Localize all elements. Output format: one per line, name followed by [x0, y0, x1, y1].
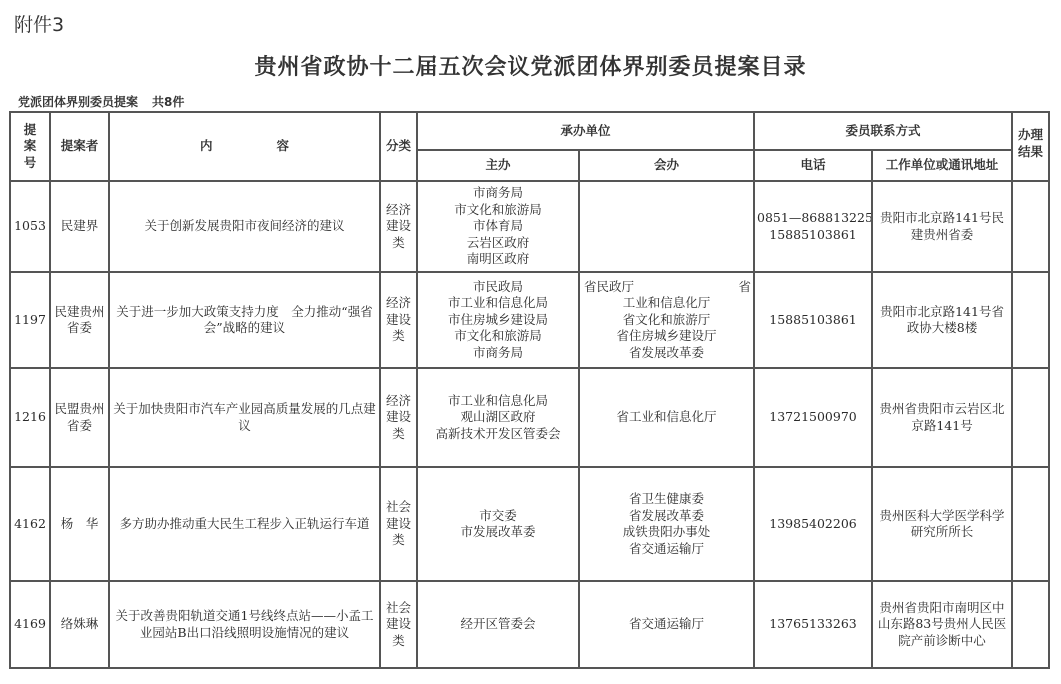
- lead-unit: 经开区管委会: [420, 616, 576, 633]
- phone-line: 15885103861: [757, 227, 869, 244]
- header-contact: 委员联系方式: [754, 112, 1012, 150]
- proposer: 民盟贵州 省委: [50, 368, 109, 467]
- header-content-left: 内: [200, 138, 213, 153]
- header-address: 工作单位或通讯地址: [872, 150, 1012, 181]
- address-line: 院产前诊断中心: [875, 633, 1009, 650]
- lead-units: 市民政局 市工业和信息化局 市住房城乡建设局 市文化和旅游局 市商务局: [417, 272, 579, 368]
- section-label: 党派团体界别委员提案: [18, 95, 138, 109]
- address: 贵阳市北京路141号省 政协大楼8楼: [872, 272, 1012, 368]
- proposal-no: 4169: [10, 581, 50, 668]
- co-unit: 省卫生健康委: [582, 491, 751, 508]
- lead-unit: 市商务局: [420, 185, 576, 202]
- header-content-right: 容: [277, 138, 290, 153]
- result: [1012, 368, 1049, 467]
- header-phone: 电话: [754, 150, 872, 181]
- proposer-line: 民建界: [53, 218, 106, 235]
- proposer: 民建界: [50, 181, 109, 272]
- co-units: [579, 181, 754, 272]
- address-line: 贵州省贵阳市云岩区北: [875, 401, 1009, 418]
- category-line: 社会: [383, 600, 414, 617]
- co-units: 省民政厅 省 工业和信息化厅 省文化和旅游厅 省住房城乡建设厅 省发展改革委: [579, 272, 754, 368]
- section-subtitle: 党派团体界别委员提案共8件: [18, 93, 184, 110]
- phone: 13985402206: [754, 467, 872, 581]
- result: [1012, 272, 1049, 368]
- header-proposal-no-char: 案: [13, 138, 47, 155]
- lead-unit: 市住房城乡建设局: [420, 312, 576, 329]
- co-unit: 省交通运输厅: [582, 616, 751, 633]
- lead-unit: 市交委: [420, 508, 576, 525]
- lead-unit: 市工业和信息化局: [420, 295, 576, 312]
- address-line: 建贵州省委: [875, 227, 1009, 244]
- category-line: 经济: [383, 295, 414, 312]
- table-row: 1053 民建界 关于创新发展贵阳市夜间经济的建议 经济 建设 类 市商务局 市…: [10, 181, 1049, 272]
- document-title: 贵州省政协十二届五次会议党派团体界别委员提案目录: [0, 50, 1061, 81]
- address: 贵阳市北京路141号民 建贵州省委: [872, 181, 1012, 272]
- proposer-line: 杨 华: [53, 516, 106, 533]
- category-line: 建设: [383, 312, 414, 329]
- header-content: 内容: [109, 112, 380, 181]
- category-line: 类: [383, 235, 414, 252]
- lead-unit: 观山湖区政府: [420, 409, 576, 426]
- co-unit-wrap: 省: [739, 279, 752, 296]
- co-units: 省卫生健康委 省发展改革委 成铁贵阳办事处 省交通运输厅: [579, 467, 754, 581]
- phone-line: 0851—868813225: [757, 210, 869, 227]
- lead-units: 市交委 市发展改革委: [417, 467, 579, 581]
- co-units: 省工业和信息化厅: [579, 368, 754, 467]
- lead-unit: 市工业和信息化局: [420, 393, 576, 410]
- proposal-content: 关于改善贵阳轨道交通1号线终点站——小孟工业园站B出口沿线照明设施情况的建议: [109, 581, 380, 668]
- proposal-content: 关于加快贵阳市汽车产业园高质量发展的几点建议: [109, 368, 380, 467]
- proposal-count: 共8件: [152, 95, 184, 109]
- address: 贵州省贵阳市云岩区北 京路141号: [872, 368, 1012, 467]
- category-line: 经济: [383, 393, 414, 410]
- header-handling-units: 承办单位: [417, 112, 754, 150]
- category-line: 类: [383, 633, 414, 650]
- co-unit: 省文化和旅游厅: [582, 312, 751, 329]
- phone-line: 13721500970: [757, 409, 869, 426]
- category: 经济 建设 类: [380, 272, 417, 368]
- lead-unit: 市商务局: [420, 345, 576, 362]
- proposer-line: 省委: [53, 320, 106, 337]
- header-proposal-no-char: 提: [13, 122, 47, 139]
- address: 贵州医科大学医学科学 研究所所长: [872, 467, 1012, 581]
- phone-line: 13985402206: [757, 516, 869, 533]
- proposer-line: 民建贵州: [53, 304, 106, 321]
- lead-unit: 南明区政府: [420, 251, 576, 268]
- category-line: 建设: [383, 218, 414, 235]
- category-line: 类: [383, 328, 414, 345]
- phone: 0851—868813225 15885103861: [754, 181, 872, 272]
- co-unit: 省发展改革委: [582, 345, 751, 362]
- proposer: 络姝琳: [50, 581, 109, 668]
- proposer-line: 民盟贵州: [53, 401, 106, 418]
- address-line: 贵阳市北京路141号民: [875, 210, 1009, 227]
- lead-units: 市商务局 市文化和旅游局 市体育局 云岩区政府 南明区政府: [417, 181, 579, 272]
- phone: 13765133263: [754, 581, 872, 668]
- address-line: 山东路83号贵州人民医: [875, 616, 1009, 633]
- category: 社会 建设 类: [380, 467, 417, 581]
- address-line: 研究所所长: [875, 524, 1009, 541]
- header-proposal-no-char: 号: [13, 155, 47, 172]
- category: 经济 建设 类: [380, 181, 417, 272]
- category-line: 社会: [383, 499, 414, 516]
- result: [1012, 581, 1049, 668]
- address-line: 贵阳市北京路141号省: [875, 304, 1009, 321]
- category: 经济 建设 类: [380, 368, 417, 467]
- lead-unit: 市民政局: [420, 279, 576, 296]
- proposal-no: 4162: [10, 467, 50, 581]
- proposal-content: 关于创新发展贵阳市夜间经济的建议: [109, 181, 380, 272]
- header-lead-unit: 主办: [417, 150, 579, 181]
- proposal-no: 1053: [10, 181, 50, 272]
- category-line: 经济: [383, 202, 414, 219]
- header-result: 办理 结果: [1012, 112, 1049, 181]
- phone-line: 13765133263: [757, 616, 869, 633]
- table-row: 4169 络姝琳 关于改善贵阳轨道交通1号线终点站——小孟工业园站B出口沿线照明…: [10, 581, 1049, 668]
- table-row: 1197 民建贵州 省委 关于进一步加大政策支持力度 全力推动“强省会”战略的建…: [10, 272, 1049, 368]
- header-category: 分类: [380, 112, 417, 181]
- category-line: 类: [383, 532, 414, 549]
- lead-units: 市工业和信息化局 观山湖区政府 高新技术开发区管委会: [417, 368, 579, 467]
- header-proposer: 提案者: [50, 112, 109, 181]
- proposer-line: 络姝琳: [53, 616, 106, 633]
- attachment-label: 附件3: [14, 10, 64, 37]
- lead-unit: 市文化和旅游局: [420, 202, 576, 219]
- phone-line: 15885103861: [757, 312, 869, 329]
- co-unit: 工业和信息化厅: [582, 295, 751, 312]
- result: [1012, 467, 1049, 581]
- proposer: 杨 华: [50, 467, 109, 581]
- address-line: 政协大楼8楼: [875, 320, 1009, 337]
- address-line: 京路141号: [875, 418, 1009, 435]
- co-unit: 省住房城乡建设厅: [582, 328, 751, 345]
- proposal-no: 1197: [10, 272, 50, 368]
- proposal-table: 提 案 号 提案者 内容 分类 承办单位 委员联系方式 办理 结果 主办 会办 …: [9, 111, 1050, 669]
- phone: 15885103861: [754, 272, 872, 368]
- lead-unit: 高新技术开发区管委会: [420, 426, 576, 443]
- co-unit: 省工业和信息化厅: [582, 409, 751, 426]
- proposal-no: 1216: [10, 368, 50, 467]
- lead-units: 经开区管委会: [417, 581, 579, 668]
- lead-unit: 市发展改革委: [420, 524, 576, 541]
- lead-unit: 云岩区政府: [420, 235, 576, 252]
- proposal-content: 关于进一步加大政策支持力度 全力推动“强省会”战略的建议: [109, 272, 380, 368]
- category-line: 类: [383, 426, 414, 443]
- result: [1012, 181, 1049, 272]
- address: 贵州省贵阳市南明区中 山东路83号贵州人民医 院产前诊断中心: [872, 581, 1012, 668]
- header-co-unit: 会办: [579, 150, 754, 181]
- address-line: 贵州省贵阳市南明区中: [875, 600, 1009, 617]
- table-row: 4162 杨 华 多方助办推动重大民生工程步入正轨运行车道 社会 建设 类 市交…: [10, 467, 1049, 581]
- header-result-line: 结果: [1015, 144, 1046, 161]
- header-result-line: 办理: [1015, 127, 1046, 144]
- proposer: 民建贵州 省委: [50, 272, 109, 368]
- category-line: 建设: [383, 516, 414, 533]
- co-unit: 成铁贵阳办事处: [582, 524, 751, 541]
- address-line: 贵州医科大学医学科学: [875, 508, 1009, 525]
- co-units: 省交通运输厅: [579, 581, 754, 668]
- co-unit: 省交通运输厅: [582, 541, 751, 558]
- table-row: 1216 民盟贵州 省委 关于加快贵阳市汽车产业园高质量发展的几点建议 经济 建…: [10, 368, 1049, 467]
- phone: 13721500970: [754, 368, 872, 467]
- category-line: 建设: [383, 409, 414, 426]
- category: 社会 建设 类: [380, 581, 417, 668]
- proposer-line: 省委: [53, 418, 106, 435]
- lead-unit: 市文化和旅游局: [420, 328, 576, 345]
- co-unit: 省发展改革委: [582, 508, 751, 525]
- lead-unit: 市体育局: [420, 218, 576, 235]
- co-unit: 省民政厅: [584, 279, 634, 296]
- proposal-content: 多方助办推动重大民生工程步入正轨运行车道: [109, 467, 380, 581]
- category-line: 建设: [383, 616, 414, 633]
- header-proposal-no: 提 案 号: [10, 112, 50, 181]
